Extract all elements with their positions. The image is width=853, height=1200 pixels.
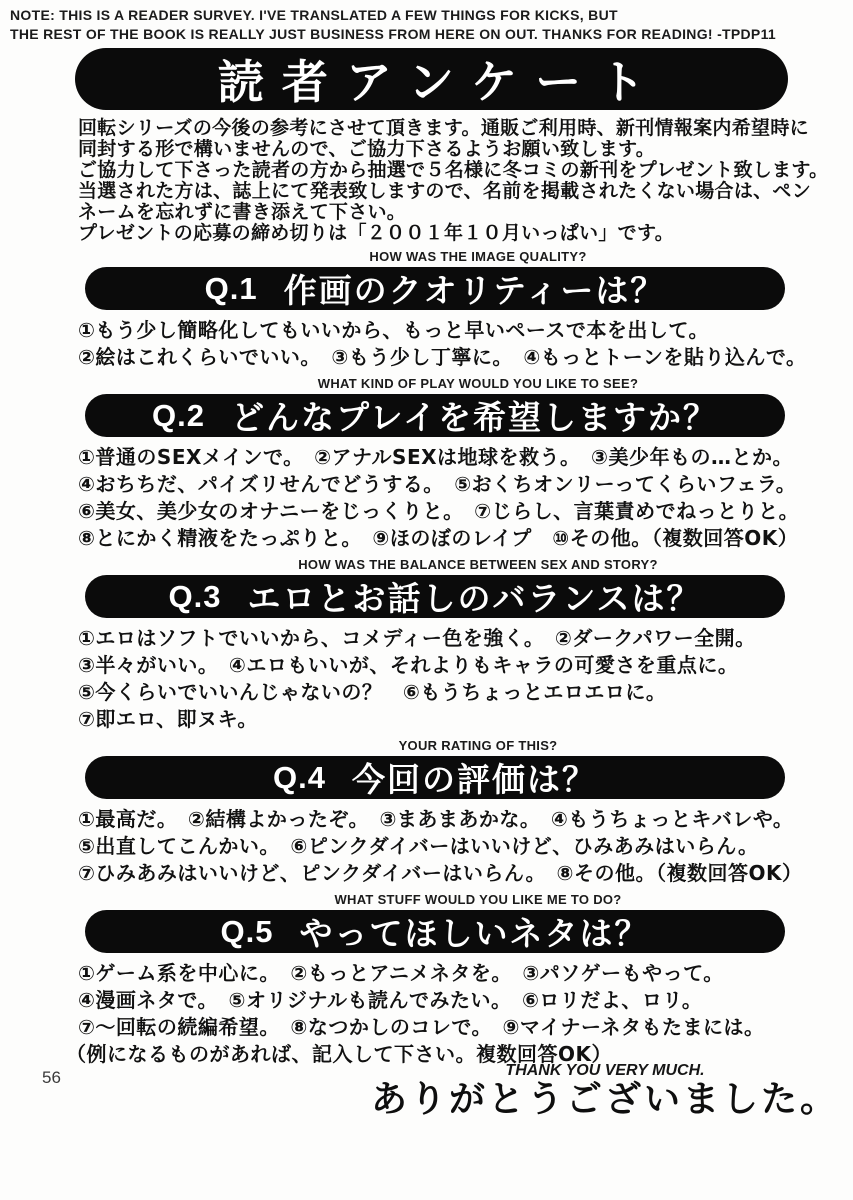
option-line: ①エロはソフトでいいから、コメディー色を強く。 ②ダークパワー全開。 [78,625,850,652]
question-number: Q.5 [221,914,274,950]
question-number: Q.2 [152,398,205,434]
translator-note-line-2: THE REST OF THE BOOK IS REALLY JUST BUSI… [10,25,853,44]
option-line: ③半々がいい。 ④エロもいいが、それよりもキャラの可愛さを重点に。 [78,652,850,679]
thanks-en-text: THANK YOU VERY MUCH. [365,1062,845,1080]
question-note-en: HOW WAS THE BALANCE BETWEEN SEX AND STOR… [105,557,851,573]
question-title: 今回の評価は？ [352,754,597,801]
option-line: ①普通のSEXメインで。 ②アナルSEXは地球を救う。 ③美少年もの…とか。 [78,444,850,471]
question-options: ①エロはソフトでいいから、コメディー色を強く。 ②ダークパワー全開。 ③半々がい… [78,625,850,733]
thanks-block: THANK YOU VERY MUCH. ありがとうございました。 [365,1062,845,1120]
option-line: ⑦ひみあみはいいけど、ピンクダイバーはいらん。 ⑧その他。（複数回答OK） [78,860,850,887]
question-title: 作画のクオリティーは？ [284,265,666,312]
intro-line: ネームを忘れずに書き添えて下さい。 [78,202,850,223]
option-line: ⑧とにかく精液をたっぷりと。 ⑨ほのぼのレイプ ⑩その他。（複数回答OK） [78,525,850,552]
intro-line: 回転シリーズの今後の参考にさせて頂きます。通販ご利用時、新刊情報案内希望時に [78,118,850,139]
question-number: Q.1 [205,271,258,307]
question-banner: Q.4 今回の評価は？ [85,756,785,799]
question-title: やってほしいネタは？ [299,908,649,955]
question-number: Q.3 [169,579,222,615]
question-options: ①もう少し簡略化してもいいから、もっと早いペースで本を出して。 ②絵はこれくらい… [78,317,850,371]
intro-line: 当選された方は、誌上にて発表致しますので、名前を掲載されたくない場合は、ペン [78,181,850,202]
question-options: ①最高だ。 ②結構よかったぞ。 ③まあまあかな。 ④もうちょっとキバレや。 ⑤出… [78,806,850,887]
intro-line: ご協力して下さった読者の方から抽選で５名様に冬コミの新刊をプレゼント致します。 [78,160,850,181]
question-section-4: YOUR RATING OF THIS? Q.4 今回の評価は？ ①最高だ。 ②… [0,738,853,887]
question-banner: Q.3 エロとお話しのバランスは？ [85,575,785,618]
question-title: エロとお話しのバランスは？ [247,573,701,620]
question-section-5: WHAT STUFF WOULD YOU LIKE ME TO DO? Q.5 … [0,892,853,1068]
question-section-1: HOW WAS THE IMAGE QUALITY? Q.1 作画のクオリティー… [0,249,853,371]
intro-line: プレゼントの応募の締め切りは「２００１年１０月いっぱい」です。 [78,223,850,244]
survey-title: 読者アンケート [218,46,663,112]
translator-note-line-1: NOTE: THIS IS A READER SURVEY. I'VE TRAN… [10,6,853,25]
question-options: ①普通のSEXメインで。 ②アナルSEXは地球を救う。 ③美少年もの…とか。 ④… [78,444,850,552]
option-line: ②絵はこれくらいでいい。 ③もう少し丁寧に。 ④もっとトーンを貼り込んで。 [78,344,850,371]
option-line: ①もう少し簡略化してもいいから、もっと早いペースで本を出して。 [78,317,850,344]
thanks-jp-text: ありがとうございました。 [365,1080,845,1120]
question-section-2: WHAT KIND OF PLAY WOULD YOU LIKE TO SEE?… [0,376,853,552]
question-note-en: WHAT KIND OF PLAY WOULD YOU LIKE TO SEE? [105,376,851,392]
option-line: ①最高だ。 ②結構よかったぞ。 ③まあまあかな。 ④もうちょっとキバレや。 [78,806,850,833]
question-note-en: YOUR RATING OF THIS? [105,738,851,754]
survey-title-banner: 読者アンケート [75,48,788,110]
option-line: ④漫画ネタで。 ⑤オリジナルも読んでみたい。 ⑥ロリだよ、ロリ。 [78,987,850,1014]
option-line: ⑤今くらいでいいんじゃないの？ ⑥もうちょっとエロエロに。 [78,679,850,706]
question-title: どんなプレイを希望しますか？ [231,392,718,439]
option-line: ⑤出直してこんかい。 ⑥ピンクダイバーはいいけど、ひみあみはいらん。 [78,833,850,860]
question-banner: Q.2 どんなプレイを希望しますか？ [85,394,785,437]
question-options: ①ゲーム系を中心に。 ②もっとアニメネタを。 ③パソゲーもやって。 ④漫画ネタで… [78,960,850,1068]
option-line: ⑦即エロ、即ヌキ。 [78,706,850,733]
option-line: ⑦〜回転の続編希望。 ⑧なつかしのコレで。 ⑨マイナーネタもたまには。 [78,1014,850,1041]
page-number: 56 [42,1068,61,1088]
question-note-en: HOW WAS THE IMAGE QUALITY? [105,249,851,265]
question-section-3: HOW WAS THE BALANCE BETWEEN SEX AND STOR… [0,557,853,733]
intro-line: 同封する形で構いませんので、ご協力下さるようお願い致します。 [78,139,850,160]
question-number: Q.4 [273,760,326,796]
option-line: ①ゲーム系を中心に。 ②もっとアニメネタを。 ③パソゲーもやって。 [78,960,850,987]
question-banner: Q.1 作画のクオリティーは？ [85,267,785,310]
question-banner: Q.5 やってほしいネタは？ [85,910,785,953]
intro-paragraph: 回転シリーズの今後の参考にさせて頂きます。通販ご利用時、新刊情報案内希望時に 同… [78,118,850,244]
question-note-en: WHAT STUFF WOULD YOU LIKE ME TO DO? [105,892,851,908]
option-line: ④おちちだ、パイズリせんでどうする。 ⑤おくちオンリーってくらいフェラ。 [78,471,850,498]
option-line: ⑥美女、美少女のオナニーをじっくりと。 ⑦じらし、言葉責めでねっとりと。 [78,498,850,525]
translator-note: NOTE: THIS IS A READER SURVEY. I'VE TRAN… [0,0,853,44]
scanned-survey-page: NOTE: THIS IS A READER SURVEY. I'VE TRAN… [0,0,853,1200]
